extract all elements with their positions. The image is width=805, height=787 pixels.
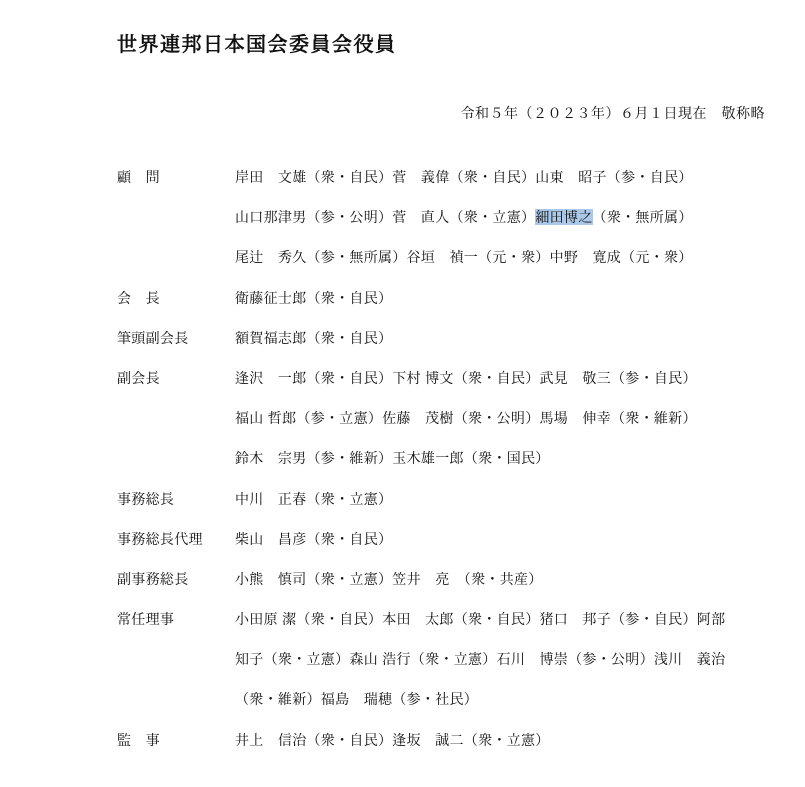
member-text: 逢沢 一郎（衆・自民）下村 博文（衆・自民）武見 敬三（参・自民） bbox=[235, 370, 697, 386]
member-line: 柴山 昌彦（衆・自民） bbox=[235, 529, 777, 549]
roster-row: 副会長 逢沢 一郎（衆・自民）下村 博文（衆・自民）武見 敬三（参・自民） bbox=[117, 368, 777, 408]
member-text: 山口那津男（参・公明）菅 直人（衆・立憲） bbox=[235, 209, 535, 225]
role-label: 常任理事 bbox=[117, 609, 235, 629]
roster-row: 尾辻 秀久（参・無所属）谷垣 禎一（元・衆）中野 寛成（元・衆） bbox=[117, 247, 777, 287]
member-text: （衆・維新）福島 瑞穂（参・社民） bbox=[235, 691, 478, 707]
roster-row: 副事務総長 小熊 慎司（衆・立憲）笠井 亮 （衆・共産） bbox=[117, 569, 777, 609]
member-line: 逢沢 一郎（衆・自民）下村 博文（衆・自民）武見 敬三（参・自民） bbox=[235, 368, 777, 388]
member-line: 井上 信治（衆・自民）逢坂 誠二（衆・立憲） bbox=[235, 730, 777, 750]
member-line: （衆・維新）福島 瑞穂（参・社民） bbox=[235, 689, 777, 709]
highlighted-name: 細田博之 bbox=[535, 209, 592, 225]
role-label: 筆頭副会長 bbox=[117, 328, 235, 348]
officer-roster: 顧 問 岸田 文雄（衆・自民）菅 義偉（衆・自民）山東 昭子（参・自民） 山口那… bbox=[117, 167, 777, 770]
roster-row: 監 事 井上 信治（衆・自民）逢坂 誠二（衆・立憲） bbox=[117, 730, 777, 770]
member-line: 福山 哲郎（参・立憲）佐藤 茂樹（衆・公明）馬場 伸幸（衆・維新） bbox=[235, 408, 777, 428]
member-text: 額賀福志郎（衆・自民） bbox=[235, 330, 392, 346]
roster-row: 福山 哲郎（参・立憲）佐藤 茂樹（衆・公明）馬場 伸幸（衆・維新） bbox=[117, 408, 777, 448]
member-text: （衆・無所属） bbox=[593, 209, 693, 225]
roster-row: （衆・維新）福島 瑞穂（参・社民） bbox=[117, 689, 777, 729]
member-line: 小田原 潔（衆・自民）本田 太郎（衆・自民）猪口 邦子（参・自民）阿部 bbox=[235, 609, 777, 629]
member-line: 小熊 慎司（衆・立憲）笠井 亮 （衆・共産） bbox=[235, 569, 777, 589]
member-text: 中川 正春（衆・立憲） bbox=[235, 491, 392, 507]
member-line: 知子（衆・立憲）森山 浩行（衆・立憲）石川 博崇（参・公明）浅川 義治 bbox=[235, 649, 777, 669]
roster-row: 顧 問 岸田 文雄（衆・自民）菅 義偉（衆・自民）山東 昭子（参・自民） bbox=[117, 167, 777, 207]
member-text: 柴山 昌彦（衆・自民） bbox=[235, 531, 392, 547]
member-line: 山口那津男（参・公明）菅 直人（衆・立憲）細田博之（衆・無所属） bbox=[235, 207, 777, 227]
member-line: 衛藤征士郎（衆・自民） bbox=[235, 288, 777, 308]
role-label: 事務総長代理 bbox=[117, 529, 235, 549]
roster-row: 知子（衆・立憲）森山 浩行（衆・立憲）石川 博崇（参・公明）浅川 義治 bbox=[117, 649, 777, 689]
page-title: 世界連邦日本国会委員会役員 bbox=[117, 33, 765, 57]
member-text: 知子（衆・立憲）森山 浩行（衆・立憲）石川 博崇（参・公明）浅川 義治 bbox=[235, 651, 725, 667]
role-label: 顧 問 bbox=[117, 167, 235, 187]
roster-row: 筆頭副会長 額賀福志郎（衆・自民） bbox=[117, 328, 777, 368]
member-line: 額賀福志郎（衆・自民） bbox=[235, 328, 777, 348]
member-text: 衛藤征士郎（衆・自民） bbox=[235, 290, 392, 306]
role-label: 会 長 bbox=[117, 288, 235, 308]
roster-row: 事務総長 中川 正春（衆・立憲） bbox=[117, 489, 777, 529]
member-text: 小熊 慎司（衆・立憲）笠井 亮 （衆・共産） bbox=[235, 571, 543, 587]
role-label: 副会長 bbox=[117, 368, 235, 388]
member-line: 尾辻 秀久（参・無所属）谷垣 禎一（元・衆）中野 寛成（元・衆） bbox=[235, 247, 777, 267]
document-page: 世界連邦日本国会委員会役員 令和５年（２０２３年）６月１日現在 敬称略 顧 問 … bbox=[0, 0, 805, 787]
roster-row: 事務総長代理 柴山 昌彦（衆・自民） bbox=[117, 529, 777, 569]
member-text: 岸田 文雄（衆・自民）菅 義偉（衆・自民）山東 昭子（参・自民） bbox=[235, 169, 693, 185]
role-label: 副事務総長 bbox=[117, 569, 235, 589]
date-note: 令和５年（２０２３年）６月１日現在 敬称略 bbox=[117, 103, 765, 123]
member-line: 岸田 文雄（衆・自民）菅 義偉（衆・自民）山東 昭子（参・自民） bbox=[235, 167, 777, 187]
role-label: 事務総長 bbox=[117, 489, 235, 509]
member-line: 中川 正春（衆・立憲） bbox=[235, 489, 777, 509]
member-text: 福山 哲郎（参・立憲）佐藤 茂樹（衆・公明）馬場 伸幸（衆・維新） bbox=[235, 410, 697, 426]
roster-row: 山口那津男（参・公明）菅 直人（衆・立憲）細田博之（衆・無所属） bbox=[117, 207, 777, 247]
roster-row: 会 長 衛藤征士郎（衆・自民） bbox=[117, 288, 777, 328]
roster-row: 常任理事 小田原 潔（衆・自民）本田 太郎（衆・自民）猪口 邦子（参・自民）阿部 bbox=[117, 609, 777, 649]
member-text: 鈴木 宗男（参・維新）玉木雄一郎（衆・国民） bbox=[235, 450, 550, 466]
member-line: 鈴木 宗男（参・維新）玉木雄一郎（衆・国民） bbox=[235, 448, 777, 468]
member-text: 井上 信治（衆・自民）逢坂 誠二（衆・立憲） bbox=[235, 732, 550, 748]
role-label: 監 事 bbox=[117, 730, 235, 750]
roster-row: 鈴木 宗男（参・維新）玉木雄一郎（衆・国民） bbox=[117, 448, 777, 488]
member-text: 尾辻 秀久（参・無所属）谷垣 禎一（元・衆）中野 寛成（元・衆） bbox=[235, 249, 693, 265]
member-text: 小田原 潔（衆・自民）本田 太郎（衆・自民）猪口 邦子（参・自民）阿部 bbox=[235, 611, 725, 627]
